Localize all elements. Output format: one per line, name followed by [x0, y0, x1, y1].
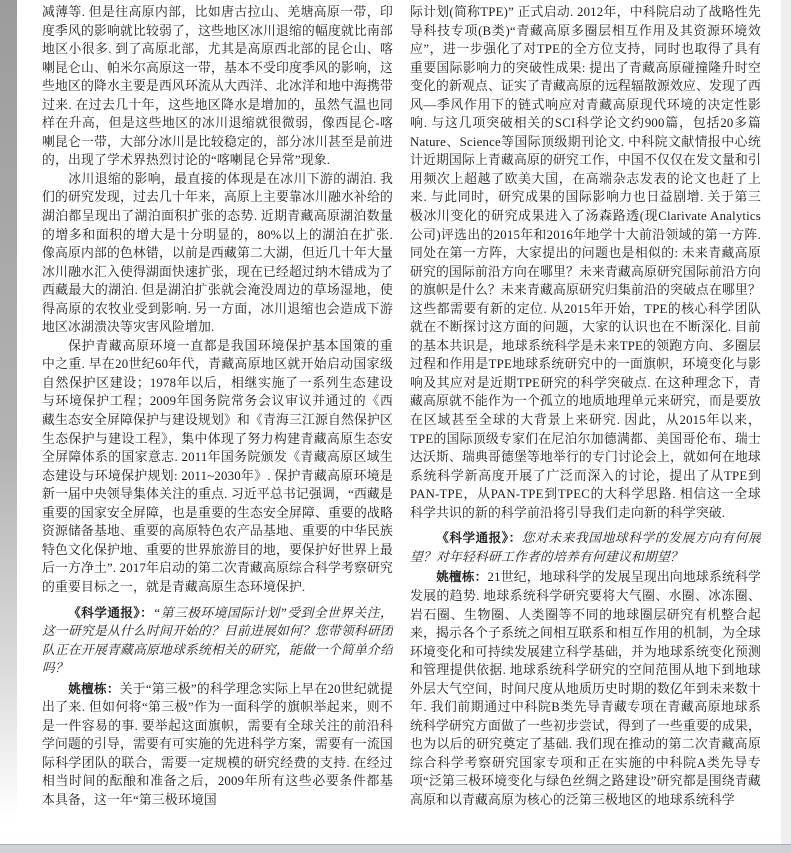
answer-text: 关于“第三极”的科学理念实际上早在20世纪就提出了来. 但如何将“第三极”作为一… [42, 682, 393, 807]
scan-edge-right [781, 0, 791, 853]
article-body: 减薄等. 但是往高原内部，比如唐古拉山、羌塘高原一带，印度季风的影响就比较弱了，… [42, 3, 761, 844]
answer-paragraph: 姚檀栋：21世纪，地球科学的发展呈现出向地球系统科学发展的趋势. 地球系统科学研… [410, 568, 761, 809]
column-left: 减薄等. 但是往高原内部，比如唐古拉山、羌塘高原一带，印度季风的影响就比较弱了，… [42, 3, 393, 844]
answer-text: 21世纪，地球科学的发展呈现出向地球系统科学发展的趋势. 地球系统科学研究要将大… [410, 570, 761, 807]
scan-edge-bottom [0, 844, 791, 853]
interviewer-label: 《科学通报》： [68, 606, 153, 620]
question-paragraph: 《科学通报》：您对未来我国地球科学的发展方向有何展望？对年轻科研工作者的培养有何… [410, 529, 761, 566]
interviewee-label: 姚檀栋： [436, 570, 487, 584]
interviewer-label: 《科学通报》： [436, 531, 521, 545]
question-paragraph: 《科学通报》：“第三极环境国际计划”受到全世界关注，这一研究是从什么时间开始的？… [42, 604, 393, 678]
scanned-document-page: 减薄等. 但是往高原内部，比如唐古拉山、羌塘高原一带，印度季风的影响就比较弱了，… [0, 0, 791, 853]
column-right: 际计划(简称TPE)” 正式启动. 2012年，中科院启动了战略性先导科技专项(… [410, 3, 761, 844]
body-paragraph: 减薄等. 但是往高原内部，比如唐古拉山、羌塘高原一带，印度季风的影响就比较弱了，… [42, 3, 393, 170]
body-paragraph: 保护青藏高原环境一直都是我国环境保护基本国策的重中之重. 早在20世纪60年代，… [42, 337, 393, 597]
body-paragraph: 冰川退缩的影响，最直接的体现是在冰川下游的湖泊. 我们的研究发现，过去几十年来，… [42, 170, 393, 337]
body-paragraph: 际计划(简称TPE)” 正式启动. 2012年，中科院启动了战略性先导科技专项(… [410, 3, 761, 522]
answer-paragraph: 姚檀栋：关于“第三极”的科学理念实际上早在20世纪就提出了来. 但如何将“第三极… [42, 680, 393, 810]
scan-edge-left [0, 0, 17, 820]
interviewee-label: 姚檀栋： [68, 682, 119, 696]
